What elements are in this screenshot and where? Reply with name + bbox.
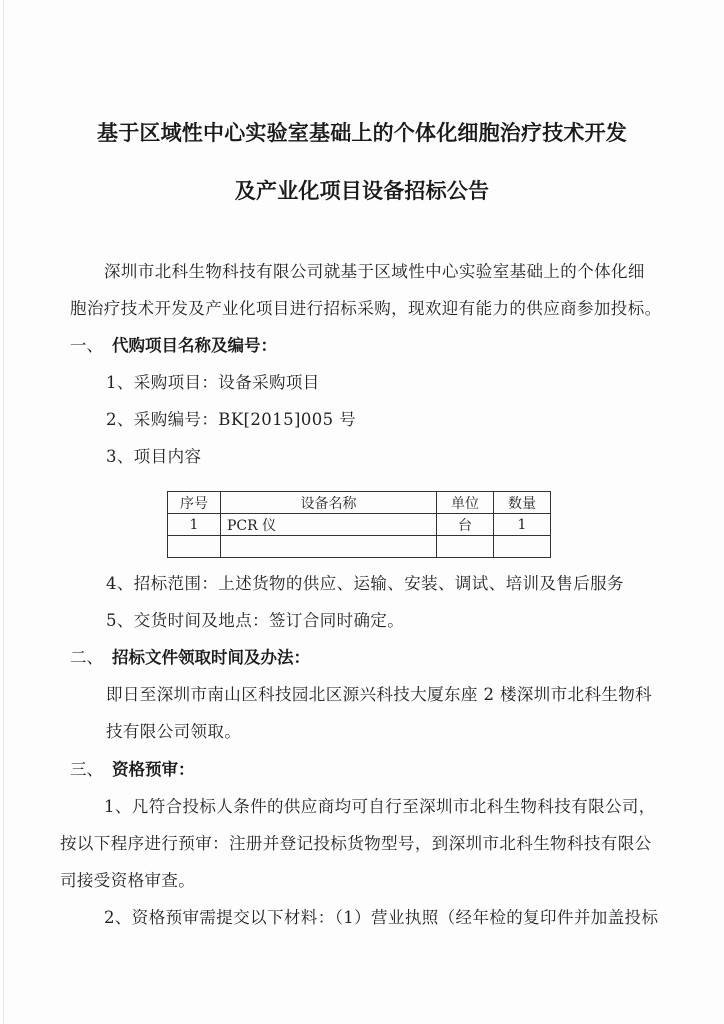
intro-paragraph-line-2: 胞治疗技术开发及产业化项目进行招标采购，现欢迎有能力的供应商参加投标。 xyxy=(70,295,662,319)
section-title: 代购项目名称及编号： xyxy=(112,332,277,356)
header-cell: 数量 xyxy=(494,492,551,514)
table-cell: 1 xyxy=(168,514,221,536)
item-purchase-project: 1、采购项目：设备采购项目 xyxy=(106,369,320,393)
table-cell: 台 xyxy=(437,514,494,536)
equipment-table: 序号 设备名称 单位 数量 1 PCR 仪 台 1 xyxy=(167,491,551,558)
section-number: 三、 xyxy=(70,756,103,780)
item-bid-scope: 4、招标范围：上述货物的供应、运输、安装、调试、培训及售后服务 xyxy=(106,570,624,594)
table-cell xyxy=(437,536,494,558)
section-3-para-2-line-1: 2、资格预审需提交以下材料：（1）营业执照（经年检的复印件并加盖投标 xyxy=(104,904,658,928)
header-cell: 序号 xyxy=(168,492,221,514)
table-cell: 1 xyxy=(494,514,551,536)
header-cell: 单位 xyxy=(437,492,494,514)
section-3-para-1-line-2: 按以下程序进行预审：注册并登记投标货物型号，到深圳市北科生物科技有限公 xyxy=(60,830,652,854)
document-title-line-1: 基于区域性中心实验室基础上的个体化细胞治疗技术开发 xyxy=(0,117,724,147)
table-cell xyxy=(494,536,551,558)
header-cell: 设备名称 xyxy=(221,492,437,514)
section-2-body-line-1: 即日至深圳市南山区科技园北区源兴科技大厦东座 2 楼深圳市北科生物科 xyxy=(106,681,652,705)
item-project-content: 3、项目内容 xyxy=(106,443,201,467)
section-title: 资格预审： xyxy=(112,756,195,780)
table-cell: PCR 仪 xyxy=(221,514,437,536)
section-number: 二、 xyxy=(70,644,103,668)
table-cell xyxy=(168,536,221,558)
document-title-line-2: 及产业化项目设备招标公告 xyxy=(0,175,724,205)
table-row xyxy=(168,536,551,558)
intro-paragraph-line-1: 深圳市北科生物科技有限公司就基于区域性中心实验室基础上的个体化细 xyxy=(104,258,645,282)
section-number: 一、 xyxy=(70,332,103,356)
table-header-row: 序号 设备名称 单位 数量 xyxy=(168,492,551,514)
section-3-para-1-line-3: 司接受资格审查。 xyxy=(60,867,195,891)
section-title: 招标文件领取时间及办法： xyxy=(112,644,310,668)
section-3-para-1-line-1: 1、凡符合投标人条件的供应商均可自行至深圳市北科生物科技有限公司， xyxy=(104,793,656,817)
item-purchase-number: 2、采购编号：BK[2015]005 号 xyxy=(106,406,356,430)
page-edge xyxy=(3,0,4,1024)
item-delivery: 5、交货时间及地点：签订合同时确定。 xyxy=(106,607,404,631)
section-2-body-line-2: 技有限公司领取。 xyxy=(106,718,241,742)
table-row: 1 PCR 仪 台 1 xyxy=(168,514,551,536)
table-cell xyxy=(221,536,437,558)
